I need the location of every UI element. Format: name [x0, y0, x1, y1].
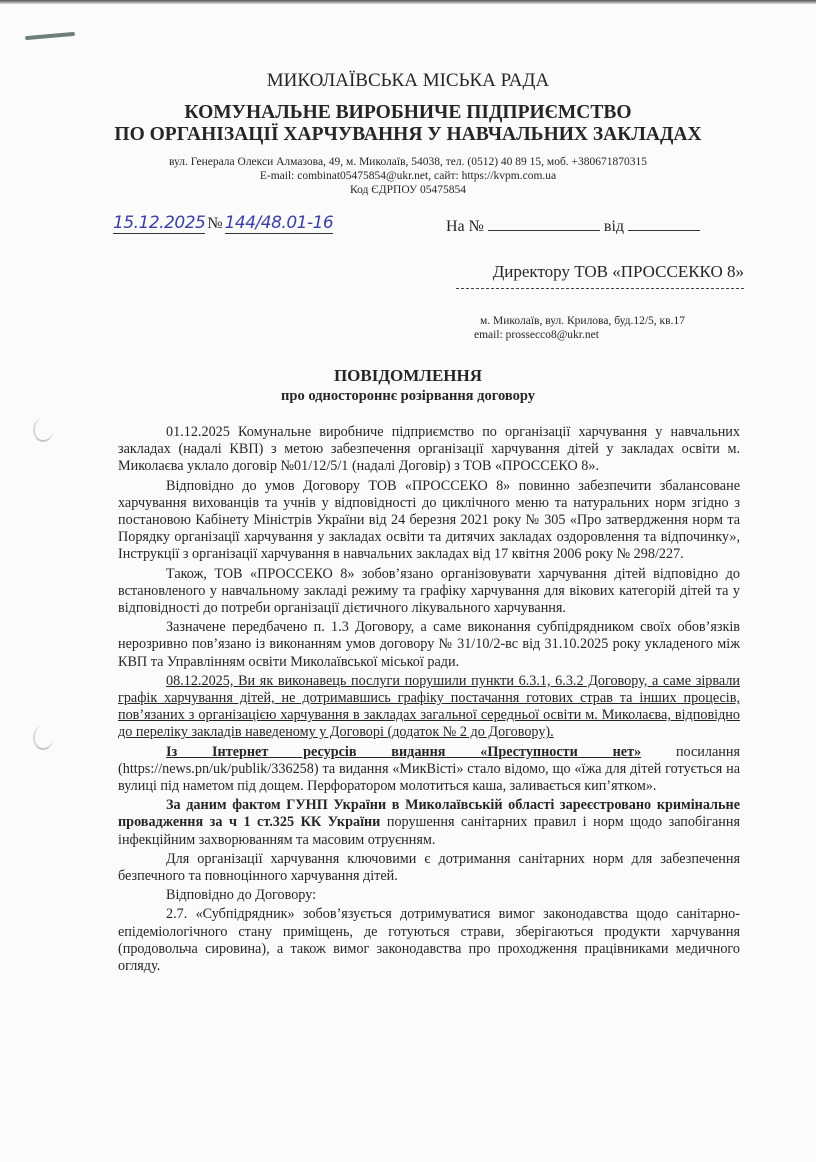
- recipient-name: Директору ТОВ «ПРОССЕККО 8»: [493, 262, 744, 282]
- staple-mark: [25, 32, 75, 40]
- ref-date-blank: [628, 216, 700, 231]
- org-edrpou: Код ЄДРПОУ 05475854: [0, 183, 816, 197]
- paragraph: Відповідно до умов Договору ТОВ «ПРОССЕК…: [118, 478, 740, 564]
- paragraph: Відповідно до Договору:: [118, 887, 740, 904]
- paragraph-sources: Із Інтернет ресурсів видання «Преступнос…: [118, 744, 740, 796]
- punch-hole-icon: [33, 418, 53, 442]
- number-sign: №: [207, 215, 222, 232]
- handwritten-date: 15.12.2025: [113, 213, 205, 234]
- organization-name: КОМУНАЛЬНЕ ВИРОБНИЧЕ ПІДПРИЄМСТВО ПО ОРГ…: [0, 102, 816, 146]
- paragraph: Для організації харчування ключовими є д…: [118, 851, 740, 885]
- handwritten-number: 144/48.01-16: [225, 213, 334, 234]
- incoming-reference: На № від: [446, 216, 700, 236]
- org-address: вул. Генерала Олекси Алмазова, 49, м. Ми…: [0, 155, 816, 169]
- paragraph-clause-2-7: 2.7. «Субпідрядник» зобов’язується дотри…: [118, 906, 740, 975]
- recipient-address-block: м. Миколаїв, вул. Крилова, буд.12/5, кв.…: [474, 314, 685, 342]
- paragraph: Також, ТОВ «ПРОССЕКО 8» зобов’язано орга…: [118, 566, 740, 618]
- ref-number-blank: [488, 216, 600, 231]
- letterhead-contacts: вул. Генерала Олекси Алмазова, 49, м. Ми…: [0, 155, 816, 197]
- paragraph: Зазначене передбачено п. 1.3 Договору, а…: [118, 619, 740, 671]
- outgoing-registration: 15.12.2025№144/48.01-16: [113, 213, 333, 233]
- council-name: МИКОЛАЇВСЬКА МІСЬКА РАДА: [0, 70, 816, 92]
- punch-hole-icon: [33, 726, 53, 750]
- document-title: ПОВІДОМЛЕННЯ: [0, 366, 816, 386]
- scan-top-edge: [0, 0, 816, 4]
- paragraph-violation: 08.12.2025, Ви як виконавець послуги пор…: [118, 673, 740, 742]
- document-body: 01.12.2025 Комунальне виробниче підприєм…: [118, 424, 740, 977]
- recipient-address: м. Миколаїв, вул. Крилова, буд.12/5, кв.…: [474, 314, 685, 328]
- org-email-site: E-mail: combinat05475854@ukr.net, сайт: …: [0, 169, 816, 183]
- dashed-divider: [456, 288, 744, 289]
- paragraph-criminal-case: За даним фактом ГУНП України в Миколаївс…: [118, 797, 740, 849]
- paragraph: 01.12.2025 Комунальне виробниче підприєм…: [118, 424, 740, 476]
- document-subtitle: про одностороннє розірвання договору: [0, 388, 816, 405]
- recipient-email: email: prossecco8@ukr.net: [474, 328, 685, 342]
